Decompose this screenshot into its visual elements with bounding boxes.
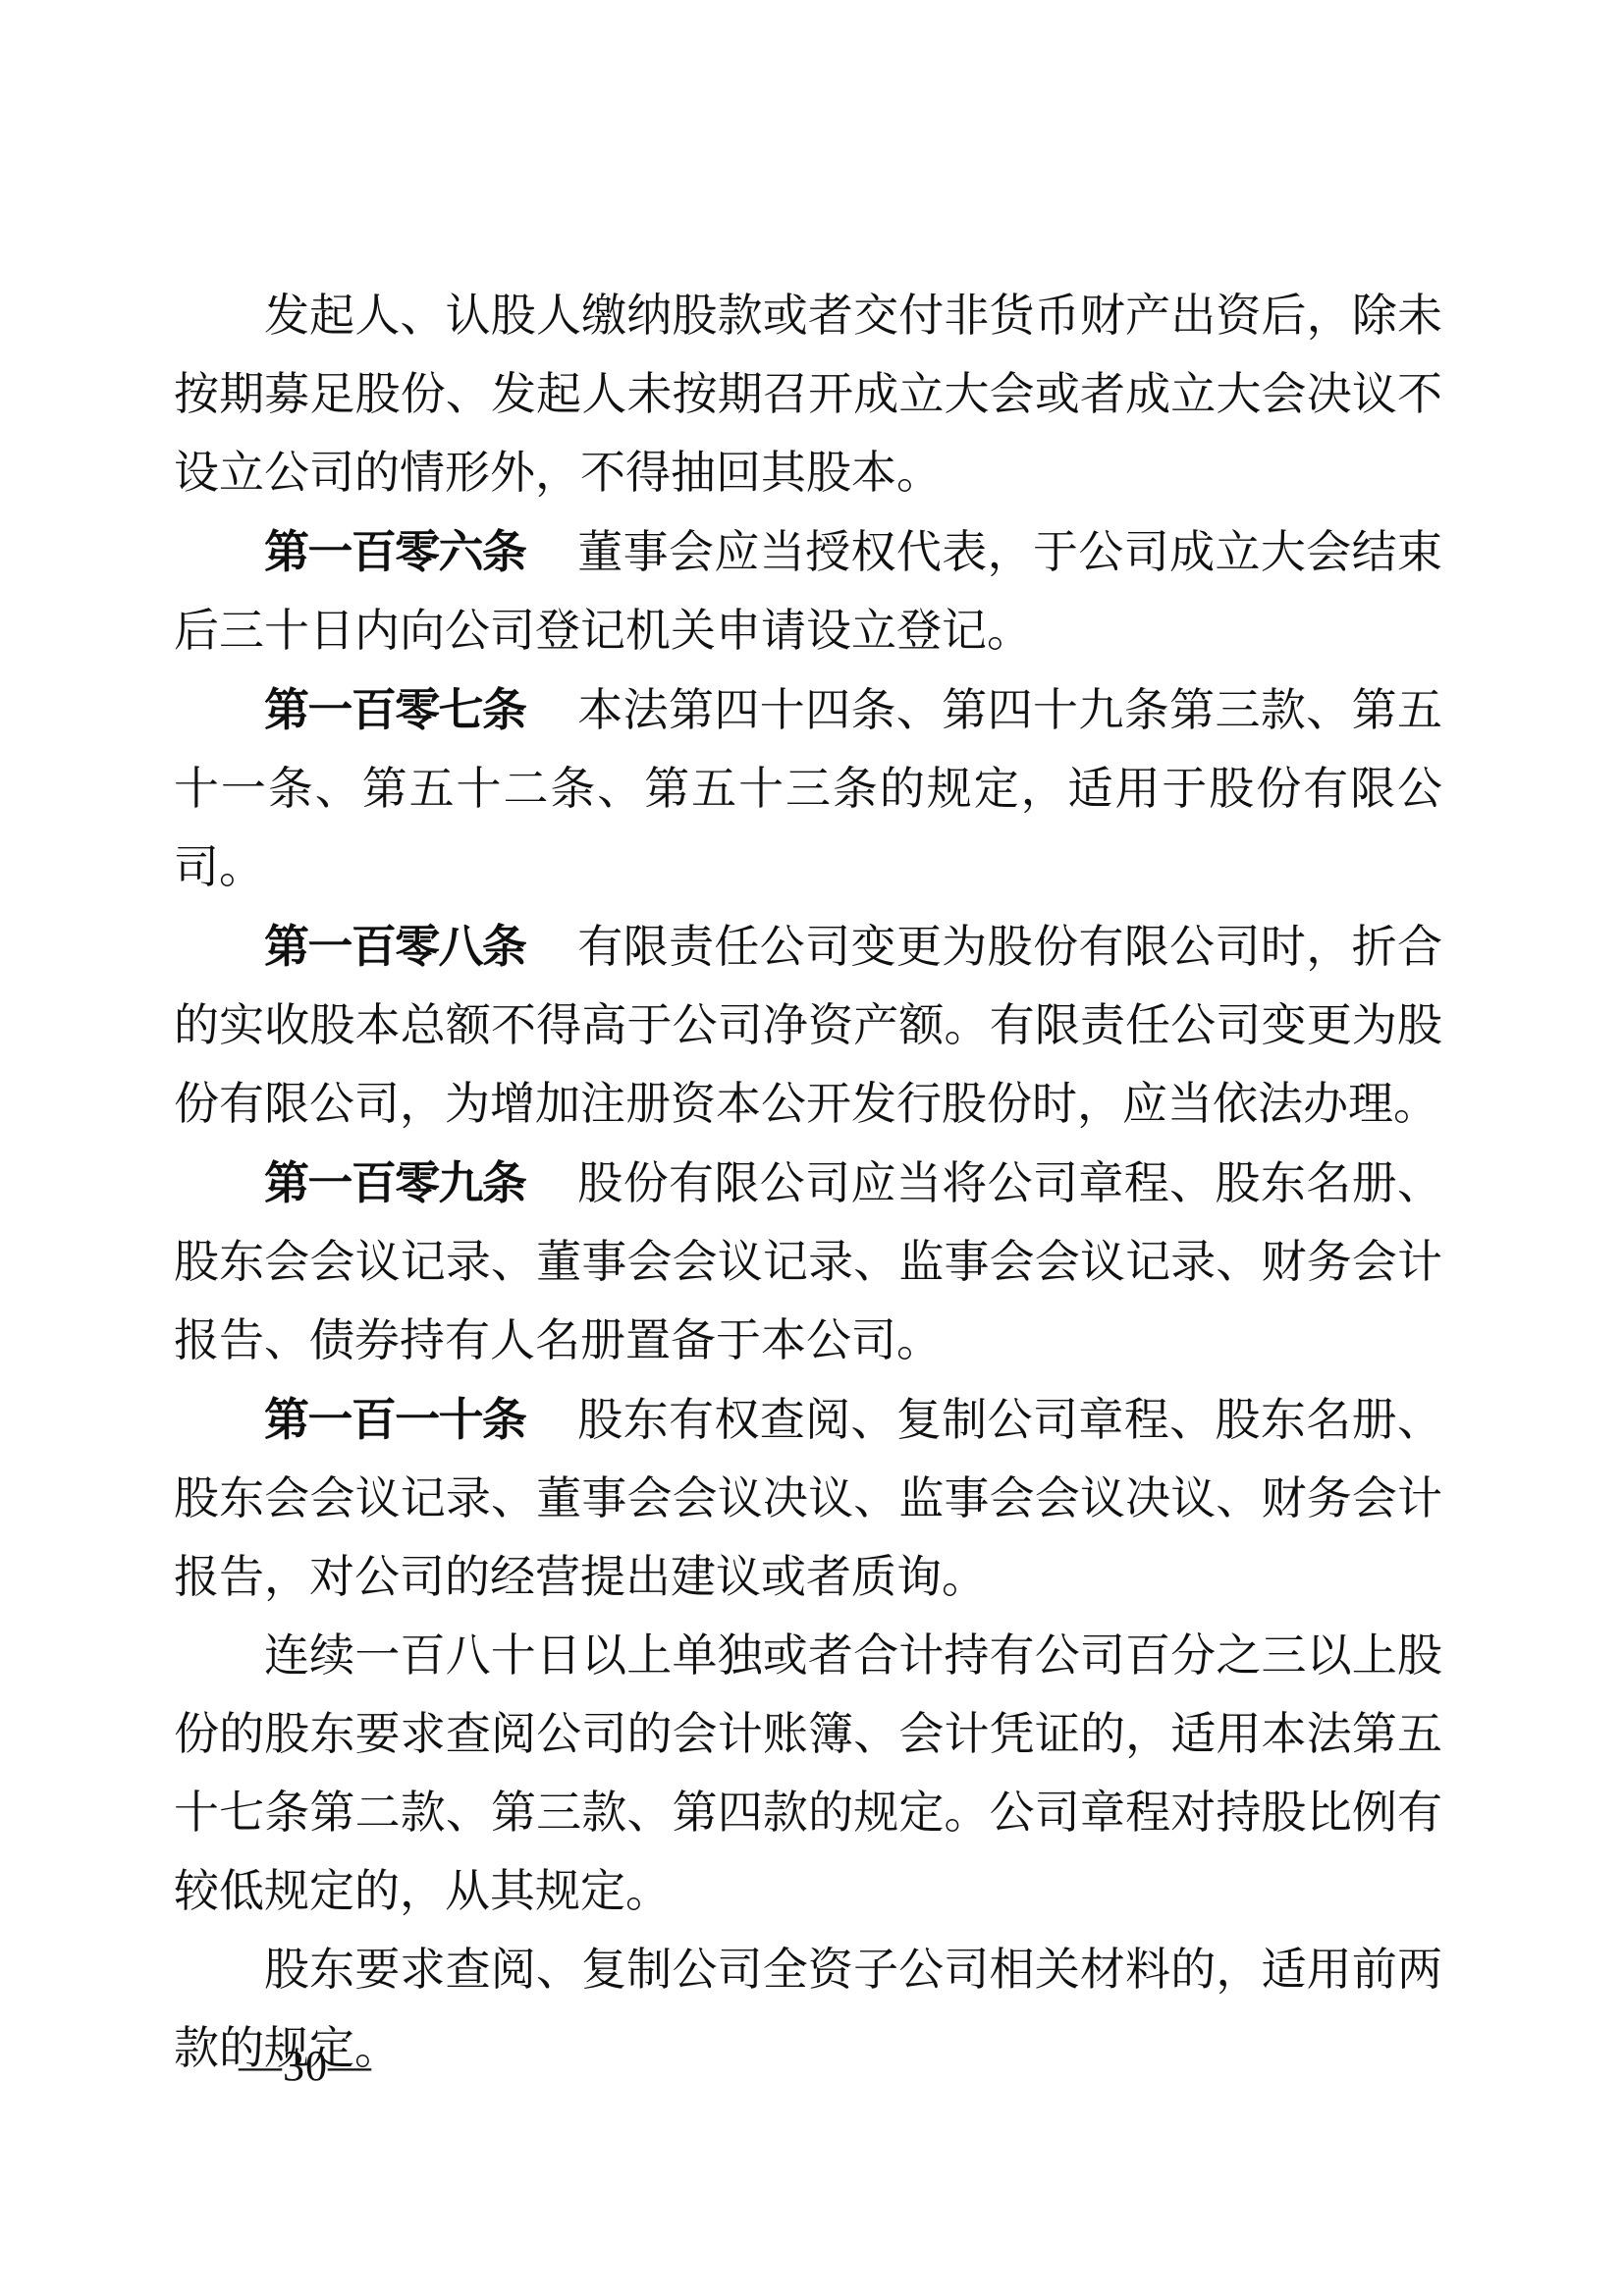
paragraph: 连续一百八十日以上单独或者合计持有公司百分之三以上股份的股东要求查阅公司的会计账… [174,1617,1442,1931]
article-number: 第一百零六条 [264,526,525,577]
paragraph: 第一百一十条股东有权查阅、复制公司章程、股东名册、股东会会议记录、董事会会议决议… [174,1380,1442,1617]
paragraph-text: 发起人、认股人缴纳股款或者交付非货币财产出资后，除未按期募足股份、发起人未按期召… [174,291,1442,498]
article-number: 第一百零九条 [264,1157,525,1208]
paragraph: 第一百零六条董事会应当授权代表，于公司成立大会结束后三十日内向公司登记机关申请设… [174,512,1442,670]
page-number: —30— [239,2042,372,2091]
document-body: 发起人、认股人缴纳股款或者交付非货币财产出资后，除未按期募足股份、发起人未按期召… [174,277,1442,2088]
article-number: 第一百一十条 [264,1394,525,1445]
paragraph: 第一百零七条本法第四十四条、第四十九条第三款、第五十一条、第五十二条、第五十三条… [174,670,1442,907]
article-number: 第一百零八条 [264,921,525,972]
paragraph-text: 连续一百八十日以上单独或者合计持有公司百分之三以上股份的股东要求查阅公司的会计账… [174,1630,1442,1916]
paragraph: 第一百零九条股份有限公司应当将公司章程、股东名册、股东会会议记录、董事会会议记录… [174,1144,1442,1380]
paragraph: 第一百零八条有限责任公司变更为股份有限公司时，折合的实收股本总额不得高于公司净资… [174,907,1442,1144]
paragraph: 发起人、认股人缴纳股款或者交付非货币财产出资后，除未按期募足股份、发起人未按期召… [174,277,1442,512]
document-page: 发起人、认股人缴纳股款或者交付非货币财产出资后，除未按期募足股份、发起人未按期召… [0,0,1624,2296]
article-number: 第一百零七条 [264,684,525,735]
